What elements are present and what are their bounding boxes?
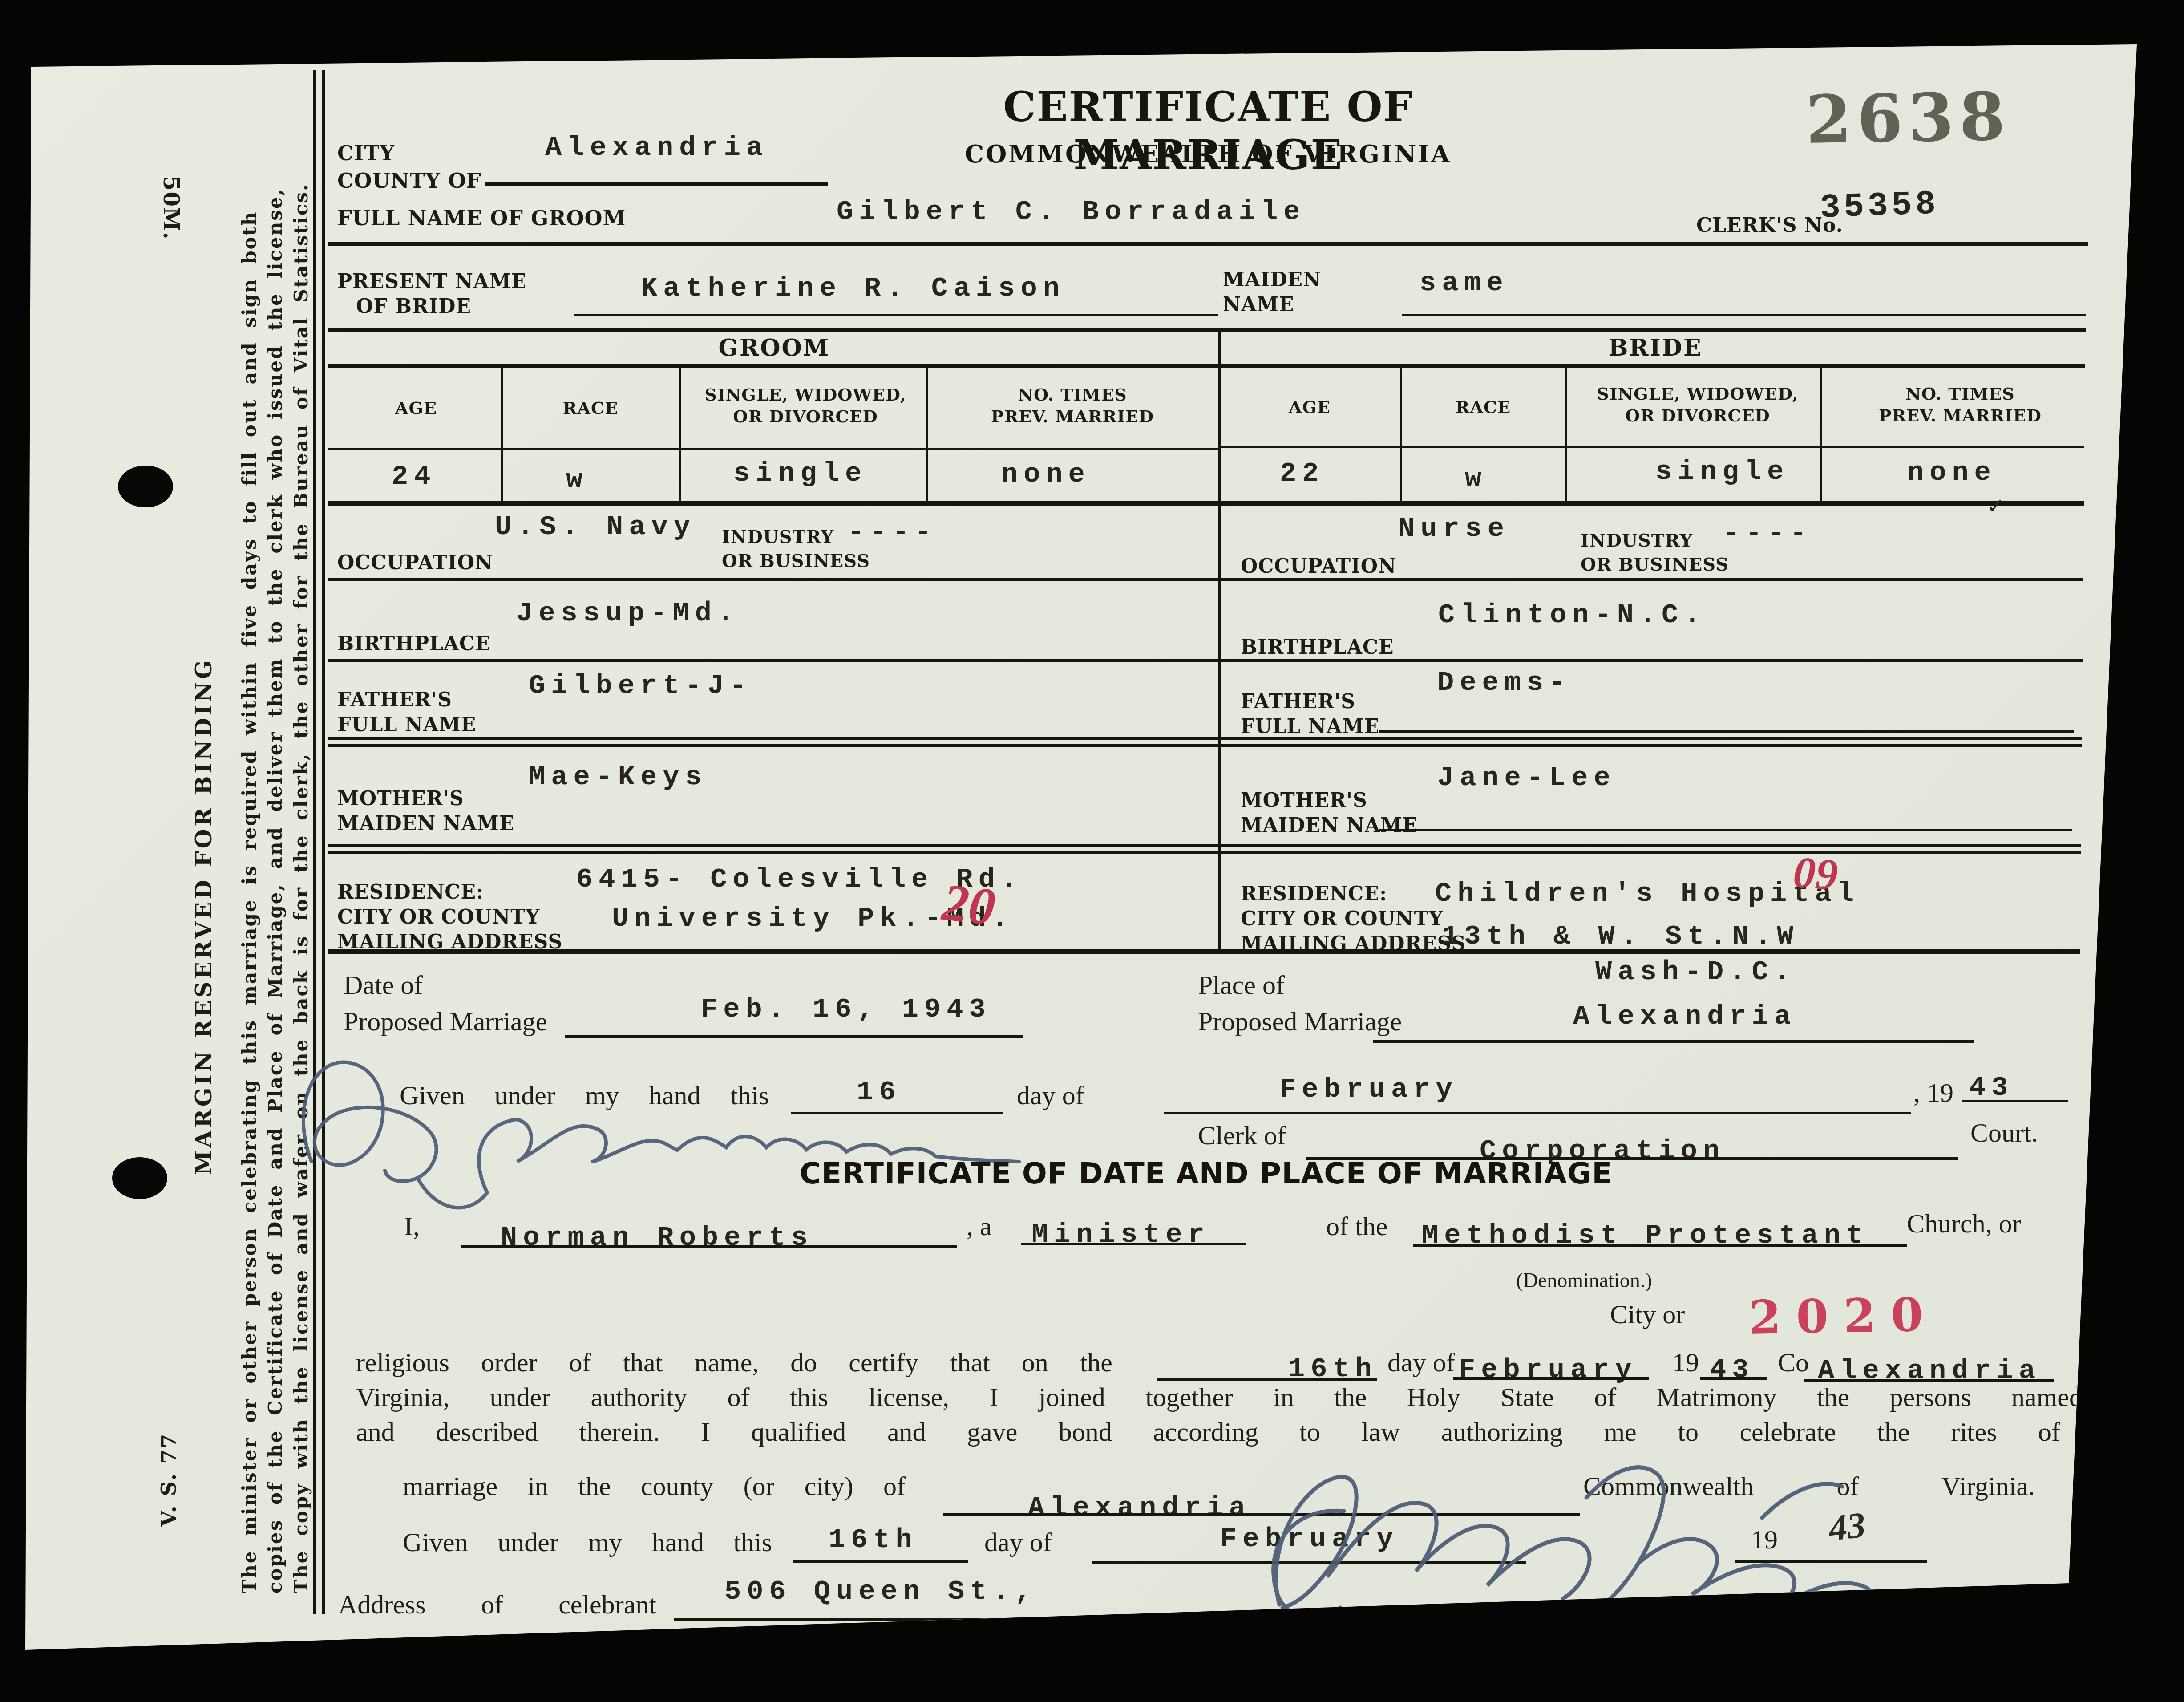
groom-mother-label1: MOTHER'S bbox=[337, 788, 464, 810]
bride-industry-checkmark: ✓ bbox=[1988, 491, 2009, 521]
certificate-paper: 50M. MARGIN RESERVED FOR BINDING V. S. 7… bbox=[0, 0, 2184, 1702]
date-proposed-label1: Date of bbox=[344, 970, 423, 1000]
margin-binding-note: MARGIN RESERVED FOR BINDING bbox=[190, 657, 217, 1175]
groom-race-value: w bbox=[566, 464, 588, 495]
bride-father-label2: FULL NAME bbox=[1241, 716, 1379, 738]
bride-col-divider-1 bbox=[1400, 364, 1402, 506]
denomination-strike bbox=[1413, 1244, 1907, 1247]
sign-here-caption: (Person who performs ceremony sign here.… bbox=[1448, 1633, 1936, 1654]
birthplace-rule bbox=[328, 659, 2083, 662]
court-label: Court. bbox=[1970, 1118, 2038, 1147]
groom-occupation-label: OCCUPATION bbox=[337, 552, 493, 575]
date-proposed-value: Feb. 16, 1943 bbox=[701, 993, 991, 1025]
groom-col-divider-1 bbox=[501, 364, 503, 506]
groom-section-header: GROOM bbox=[507, 335, 1041, 361]
groom-father-label2: FULL NAME bbox=[337, 714, 476, 737]
city-label: CITY bbox=[337, 142, 395, 165]
groom-name-value: Gilbert C. Borradaile bbox=[837, 196, 1306, 227]
bride-name-label2: OF BRIDE bbox=[356, 296, 471, 318]
groom-birthplace-value: Jessup-Md. bbox=[516, 597, 740, 629]
bride-times-header-l1: NO. TIMES bbox=[1905, 384, 2015, 404]
cert-para4: marriage in the county (or city) of bbox=[403, 1471, 906, 1501]
table-bottom-rule bbox=[328, 949, 2080, 954]
margin-instruction-line3: The copy with the license and wafer on t… bbox=[290, 183, 312, 1593]
bride-age-value: 22 bbox=[1280, 458, 1324, 489]
bride-birthplace-label: BIRTHPLACE bbox=[1241, 636, 1394, 659]
groom-race-header: RACE bbox=[544, 397, 637, 419]
groom-name-label: FULL NAME OF GROOM bbox=[337, 207, 626, 230]
bride-times-value: none bbox=[1907, 457, 1997, 488]
groom-occupation-value: U.S. Navy bbox=[495, 511, 696, 543]
groom-times-header: NO. TIMESPREV. MARRIED bbox=[961, 384, 1184, 428]
form-number: V. S. 77 bbox=[157, 1433, 181, 1527]
groom-residence-red-code: 20 bbox=[940, 873, 998, 936]
bride-birthplace-value: Clinton-N.C. bbox=[1438, 599, 1706, 631]
scanned-page: 50M. MARGIN RESERVED FOR BINDING V. S. 7… bbox=[0, 0, 2184, 1702]
cityor-label: City or bbox=[1610, 1300, 1685, 1329]
groom-times-value: none bbox=[1001, 458, 1091, 490]
groom-colhead-rule bbox=[328, 448, 1218, 450]
maiden-name-label1: MAIDEN bbox=[1223, 269, 1321, 292]
groom-birthplace-label: BIRTHPLACE bbox=[337, 633, 491, 656]
groom-col-divider-3 bbox=[926, 364, 928, 506]
groom-father-value: Gilbert-J- bbox=[529, 670, 752, 701]
city-code-red-stamp: 2020 bbox=[1748, 1287, 1939, 1345]
bride-section-header: BRIDE bbox=[1388, 335, 1922, 361]
issue-month-underline bbox=[1164, 1112, 1911, 1114]
bride-status-header-l1: SINGLE, WIDOWED, bbox=[1597, 384, 1799, 404]
bride-colhead-rule bbox=[1218, 446, 2084, 448]
bride-industry-value: ---- bbox=[1723, 518, 1812, 549]
father-rule-b bbox=[328, 744, 2082, 747]
issue-year-underline bbox=[1962, 1100, 2068, 1102]
cert-given2: Given under my hand this bbox=[403, 1528, 772, 1557]
bride-father-underline bbox=[1379, 730, 2074, 733]
bride-residence-label1: RESIDENCE: bbox=[1241, 883, 1387, 906]
cert-para1-dayof: day of bbox=[1387, 1348, 1455, 1377]
groom-status-header-l1: SINGLE, WIDOWED, bbox=[704, 385, 906, 405]
place-proposed-label2: Proposed Marriage bbox=[1198, 1007, 1402, 1036]
cert-given2-dayof: day of bbox=[984, 1528, 1052, 1557]
center-divider bbox=[1218, 328, 1221, 954]
bride-name-label1: PRESENT NAME bbox=[337, 271, 526, 293]
cert-para4-city: Alexandria bbox=[1028, 1492, 1251, 1524]
groom-times-header-l2: PREV. MARRIED bbox=[991, 406, 1154, 426]
occupation-rule bbox=[328, 578, 2083, 581]
bride-residence-line3: Wash-D.C. bbox=[1595, 956, 1796, 988]
cert-ofthe-label: of the bbox=[1326, 1212, 1387, 1241]
bride-mother-label2: MAIDEN NAME bbox=[1241, 815, 1418, 837]
groom-residence-label1: RESIDENCE: bbox=[337, 881, 484, 904]
cert-para1-co: Co bbox=[1778, 1348, 1809, 1377]
groom-mother-value: Mae-Keys bbox=[529, 761, 708, 793]
print-quantity-code: 50M. bbox=[158, 176, 183, 240]
punch-hole-top bbox=[118, 466, 173, 507]
values-rule bbox=[328, 501, 2084, 506]
bride-race-value: w bbox=[1465, 463, 1487, 494]
groom-residence-label2: CITY OR COUNTY bbox=[337, 906, 540, 929]
binding-rule-inner bbox=[322, 70, 325, 1614]
groom-father-label1: FATHER'S bbox=[337, 689, 452, 712]
address-underline bbox=[674, 1618, 1290, 1621]
binding-rule-outer bbox=[313, 70, 316, 1614]
bride-col-divider-2 bbox=[1565, 364, 1567, 506]
cert-para1: religious order of that name, do certify… bbox=[356, 1348, 1112, 1377]
margin-instruction-line1: The minister or other person celebrating… bbox=[239, 211, 260, 1593]
groom-status-header: SINGLE, WIDOWED,OR DIVORCED bbox=[694, 384, 917, 428]
para1-month-strike bbox=[1453, 1377, 1649, 1380]
punch-hole-bottom bbox=[112, 1157, 167, 1199]
bride-mother-value: Jane-Lee bbox=[1437, 762, 1616, 794]
groom-times-header-l1: NO. TIMES bbox=[1018, 385, 1127, 405]
bride-age-header: AGE bbox=[1263, 396, 1356, 418]
groom-mother-label2: MAIDEN NAME bbox=[337, 813, 514, 835]
groom-status-value: single bbox=[733, 458, 867, 489]
groom-industry-label2: OR BUSINESS bbox=[722, 551, 870, 571]
cert-section-title: CERTIFICATE OF DATE AND PLACE OF MARRIAG… bbox=[623, 1156, 1789, 1191]
serial-number-stamp: 2638 bbox=[1805, 77, 2011, 158]
celebrant-sign-line bbox=[1310, 1624, 1929, 1627]
bride-father-value: Deems- bbox=[1437, 667, 1571, 698]
cert-para1-year: 43 bbox=[1710, 1354, 1754, 1386]
cert-given2-day: 16th bbox=[829, 1524, 918, 1556]
bride-status-value: single bbox=[1655, 456, 1789, 487]
margin-instruction-line2: copies of the Certificate of Date and Pl… bbox=[264, 188, 286, 1593]
issue-year-value: 43 bbox=[1969, 1072, 2014, 1103]
bride-industry-label1: INDUSTRY bbox=[1581, 531, 1693, 551]
bride-residence-label2: CITY OR COUNTY bbox=[1241, 908, 1443, 931]
groom-age-header: AGE bbox=[369, 397, 463, 419]
bride-residence-line2: 13th & W. St.N.W bbox=[1442, 920, 1799, 952]
celebrant-signature bbox=[1237, 1415, 2038, 1665]
celebrant-name-underline bbox=[461, 1245, 957, 1248]
maiden-name-value: same bbox=[1420, 267, 1509, 299]
section-rule-top bbox=[328, 328, 2086, 332]
mother-rule-a bbox=[328, 844, 2081, 847]
bride-status-header: SINGLE, WIDOWED,OR DIVORCED bbox=[1584, 383, 1811, 427]
para1-day-underline bbox=[1157, 1378, 1377, 1381]
bride-times-header: NO. TIMESPREV. MARRIED bbox=[1847, 383, 2074, 427]
cert-a-label: , a bbox=[967, 1212, 992, 1241]
bride-name-underline bbox=[574, 314, 1218, 316]
para1-year-strike bbox=[1700, 1377, 1767, 1380]
issue-year-printed: , 19 bbox=[1913, 1078, 1953, 1107]
place-proposed-label1: Place of bbox=[1198, 970, 1285, 1000]
father-rule-a bbox=[328, 737, 2082, 740]
address-celebrant-value: 506 Queen St., bbox=[724, 1576, 1037, 1607]
denomination-caption: (Denomination.) bbox=[1460, 1269, 1709, 1292]
groom-age-value: 24 bbox=[392, 461, 436, 492]
bride-industry-label2: OR BUSINESS bbox=[1581, 555, 1729, 575]
cert-churchor-label: Church, or bbox=[1907, 1209, 2021, 1238]
groom-status-header-l2: OR DIVORCED bbox=[733, 406, 878, 426]
celebrant-role-value: Minister bbox=[1031, 1219, 1210, 1250]
cert-para1-month: February bbox=[1459, 1354, 1638, 1386]
bride-mother-underline bbox=[1379, 829, 2072, 831]
city-underline bbox=[485, 182, 828, 186]
celebrant-name-value: Norman Roberts bbox=[501, 1222, 813, 1253]
address-celebrant-label: Address of celebrant bbox=[338, 1590, 656, 1619]
place-proposed-value: Alexandria bbox=[1573, 1001, 1796, 1032]
bride-col-divider-3 bbox=[1820, 364, 1822, 506]
groom-col-divider-2 bbox=[679, 364, 681, 506]
place-proposed-underline bbox=[1373, 1040, 1974, 1043]
clerk-signature bbox=[285, 1028, 1064, 1220]
bride-mother-label1: MOTHER'S bbox=[1241, 790, 1367, 812]
role-strike bbox=[1021, 1243, 1246, 1245]
county-label: COUNTY OF bbox=[337, 169, 481, 193]
bride-status-header-l2: OR DIVORCED bbox=[1625, 405, 1770, 425]
clerk-of-label: Clerk of bbox=[1198, 1121, 1286, 1150]
maiden-underline bbox=[1402, 314, 2086, 316]
bride-father-label1: FATHER'S bbox=[1241, 691, 1355, 713]
cert-para2: Virginia, under authority of this licens… bbox=[356, 1382, 2083, 1412]
cert-para1-city: Alexandria bbox=[1818, 1355, 2041, 1386]
bride-times-header-l2: PREV. MARRIED bbox=[1879, 405, 2042, 425]
bride-occupation-value: Nurse bbox=[1398, 513, 1510, 544]
groom-industry-value: ---- bbox=[848, 516, 937, 548]
issue-month-value: February bbox=[1279, 1074, 1458, 1105]
maiden-name-label2: NAME bbox=[1223, 294, 1294, 316]
clerk-no-value: 35358 bbox=[1820, 185, 1940, 227]
bride-residence-red-code: 09 bbox=[1792, 848, 1839, 900]
groom-row-rule bbox=[328, 242, 2088, 246]
groom-industry-label1: INDUSTRY bbox=[722, 527, 834, 547]
city-value: Alexandria bbox=[545, 132, 768, 163]
para1-city-strike bbox=[1804, 1379, 2054, 1382]
given2-day-underline bbox=[793, 1560, 968, 1563]
bride-occupation-label: OCCUPATION bbox=[1241, 555, 1396, 578]
page-subtitle: COMMONWEALTH OF VIRGINIA bbox=[868, 140, 1549, 168]
bride-name-value: Katherine R. Caison bbox=[641, 272, 1065, 304]
bride-race-header: RACE bbox=[1436, 396, 1530, 418]
cert-para1-19: 19 bbox=[1672, 1348, 1699, 1377]
cert-i-label: I, bbox=[404, 1212, 420, 1241]
